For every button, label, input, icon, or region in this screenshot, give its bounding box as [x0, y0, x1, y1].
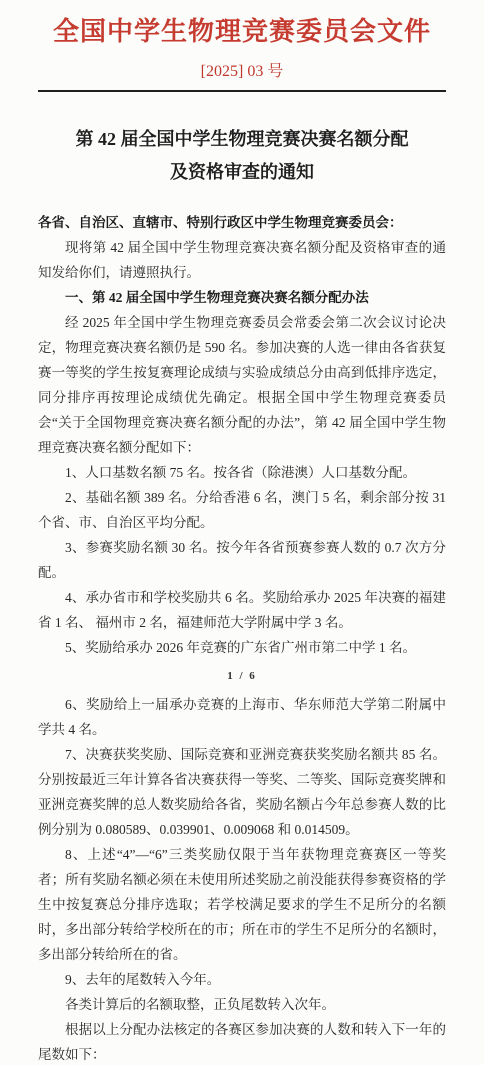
paragraph: 4、承办省市和学校奖励共 6 名。奖励给承办 2025 年决赛的福建省 1 名、…: [38, 585, 446, 635]
doc-title-line1: 第 42 届全国中学生物理竞赛决赛名额分配: [38, 123, 446, 156]
paragraph: 各类计算后的名额取整，正负尾数转入次年。: [38, 992, 446, 1017]
paragraph: 根据以上分配办法核定的各赛区参加决赛的人数和转入下一年的尾数如下：: [38, 1017, 446, 1065]
paragraph: 7、决赛获奖奖励、国际竞赛和亚洲竞赛获奖奖励名额共 85 名。分别按最近三年计算…: [38, 742, 446, 842]
paragraph: 3、参赛奖励名额 30 名。按今年各省预赛参赛人数的 0.7 次方分配。: [38, 535, 446, 585]
doc-title: 第 42 届全国中学生物理竞赛决赛名额分配 及资格审查的通知: [38, 123, 446, 189]
section-heading: 一、第 42 届全国中学生物理竞赛决赛名额分配办法: [38, 285, 446, 310]
page-number: 1 / 6: [38, 669, 446, 683]
paragraph: 9、去年的尾数转入今年。: [38, 967, 446, 992]
header-divider: [38, 90, 446, 92]
org-title: 全国中学生物理竞赛委员会文件: [38, 16, 446, 48]
paragraph: 1、人口基数名额 75 名。按各省（除港澳）人口基数分配。: [38, 460, 446, 485]
paragraph: 2、基础名额 389 名。分给香港 6 名，澳门 5 名，剩余部分按 31 个省…: [38, 485, 446, 535]
document-page: 全国中学生物理竞赛委员会文件 [2025] 03 号 第 42 届全国中学生物理…: [0, 0, 484, 1065]
salutation: 各省、自治区、直辖市、特别行政区中学生物理竞赛委员会：: [38, 210, 446, 235]
paragraph: 5、奖励给承办 2026 年竞赛的广东省广州市第二中学 1 名。: [38, 635, 446, 660]
paragraph: 经 2025 年全国中学生物理竞赛委员会常委会第二次会议讨论决定，物理竞赛决赛名…: [38, 310, 446, 460]
doc-title-line2: 及资格审查的通知: [38, 156, 446, 189]
doc-number: [2025] 03 号: [38, 63, 446, 81]
paragraph-intro: 现将第 42 届全国中学生物理竞赛决赛名额分配及资格审查的通知发给你们，请遵照执…: [38, 235, 446, 285]
paragraph: 6、奖励给上一届承办竞赛的上海市、华东师范大学第二附属中学共 4 名。: [38, 692, 446, 742]
document-body: 各省、自治区、直辖市、特别行政区中学生物理竞赛委员会： 现将第 42 届全国中学…: [38, 210, 446, 1065]
paragraph: 8、上述“4”—“6”三类奖励仅限于当年获物理竞赛赛区一等奖者；所有奖励名额必须…: [38, 842, 446, 967]
